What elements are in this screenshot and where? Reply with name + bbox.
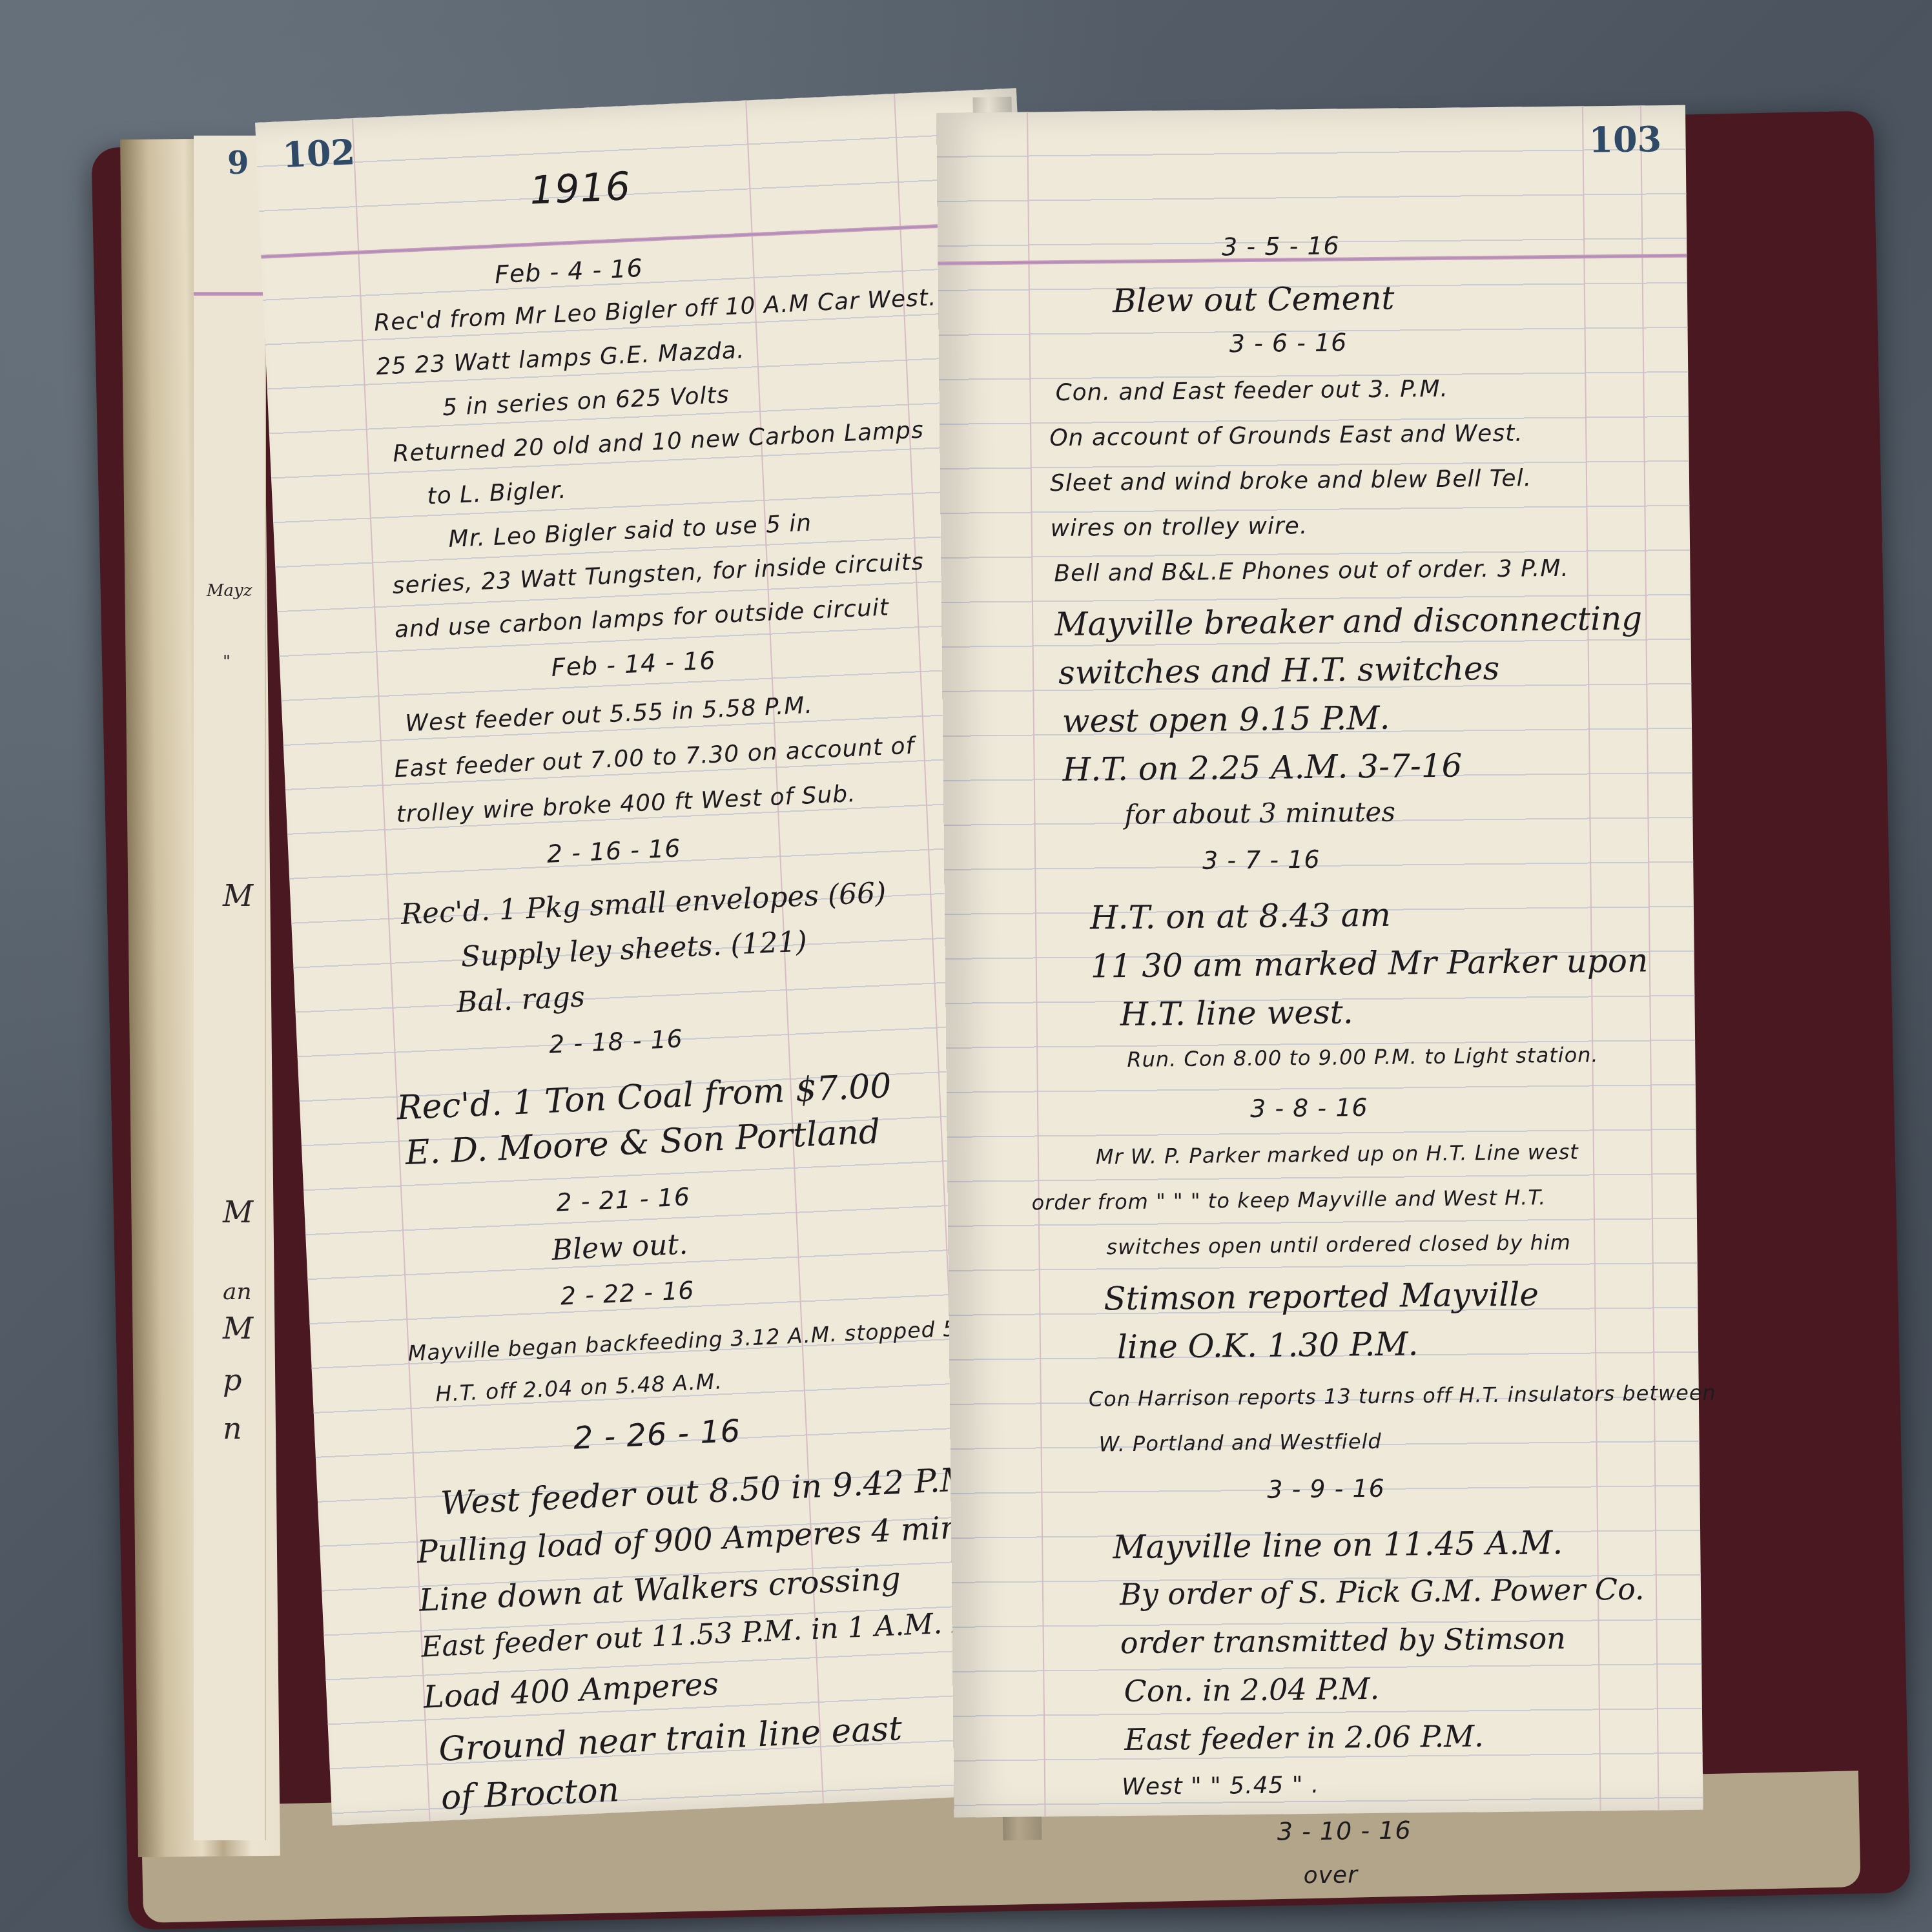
entry-line: 11 30 am marked Mr Parker upon [1091, 942, 1649, 985]
entry-date: 3 - 5 - 16 [1222, 231, 1340, 261]
entry-line: H.T. off 2.04 on 5.48 A.M. [435, 1368, 723, 1406]
stub-fragment: n [223, 1411, 242, 1446]
entry-line: W. Portland and Westfield [1098, 1429, 1382, 1457]
stub-fragment: " [223, 652, 231, 672]
entry-line: trolley wire broke 400 ft West of Sub. [396, 781, 856, 828]
entry-line: Supply ley sheets. (121) [460, 925, 808, 974]
entry-line: for about 3 minutes [1124, 796, 1395, 830]
entry-line: Con. and East feeder out 3. P.M. [1055, 376, 1448, 406]
entry-line: to L. Bigler. [427, 477, 568, 510]
entry-date: 2 - 22 - 16 [560, 1276, 695, 1310]
entry-line: Line down at Walkers crossing [418, 1561, 901, 1619]
stub-fragment: M [223, 878, 253, 913]
margin-line [1027, 112, 1046, 1817]
entry-line: Con Harrison reports 13 turns off H.T. i… [1089, 1380, 1716, 1411]
stub-page-number: 9 [227, 145, 249, 181]
entry-date: 3 - 10 - 16 [1277, 1816, 1412, 1845]
previous-page-stub: 9 Mayz " M M an M p n [194, 136, 266, 1840]
entry-line: line O.K. 1.30 P.M. [1117, 1325, 1419, 1366]
stub-fragment: M [223, 1311, 253, 1346]
stub-fragment: p [223, 1362, 241, 1397]
entry-line: Sleet and wind broke and blew Bell Tel. [1050, 465, 1532, 497]
entry-line: East feeder in 2.06 P.M. [1124, 1718, 1484, 1757]
entry-date: 3 - 9 - 16 [1267, 1474, 1385, 1504]
entry-date: Feb - 14 - 16 [551, 646, 717, 683]
entry-line: Con. in 2.04 P.M. [1124, 1671, 1379, 1709]
stub-fragment: an [223, 1279, 252, 1305]
entry-line: Blew out. [551, 1228, 689, 1267]
entry-date: 2 - 26 - 16 [573, 1413, 742, 1457]
entry-line: Rec'd from Mr Leo Bigler off 10 A.M Car … [373, 284, 937, 336]
right-page: 103 3 - 5 - 16 Blew out Cement 3 - 6 - 1… [936, 105, 1703, 1818]
entry-line: Stimson reported Mayville [1104, 1275, 1539, 1317]
entry-line: and use carbon lamps for outside circuit [394, 594, 890, 643]
entry-line: Mayville began backfeeding 3.12 A.M. sto… [407, 1314, 993, 1366]
entry-line: On account of Grounds East and West. [1049, 420, 1523, 452]
entry-line: west open 9.15 P.M. [1062, 699, 1390, 740]
stub-fragment: Mayz [207, 581, 252, 601]
entry-line: wires on trolley wire. [1051, 513, 1308, 542]
entry-line: series, 23 Watt Tungsten, for inside cir… [392, 549, 925, 599]
header-rule [261, 220, 1022, 259]
entry-line: Mr. Leo Bigler said to use 5 in [448, 510, 812, 553]
entry-line: order from " " " to keep Mayville and We… [1031, 1185, 1546, 1215]
entry-line: over [1303, 1862, 1358, 1889]
entry-line: Ground near train line east [438, 1709, 903, 1769]
entry-line: H.T. on 2.25 A.M. 3-7-16 [1062, 747, 1462, 788]
page-number: 102 [282, 131, 356, 176]
entry-date: 3 - 6 - 16 [1229, 328, 1348, 358]
entry-line: Rec'd. 1 Pkg small envelopes (66) [400, 876, 887, 931]
entry-line: switches open until ordered closed by hi… [1106, 1230, 1571, 1260]
entry-line: By order of S. Pick G.M. Power Co. [1120, 1572, 1645, 1612]
entry-line: Bal. rags [456, 980, 586, 1019]
entry-line: Mayville line on 11.45 A.M. [1113, 1524, 1563, 1566]
entry-line: H.T. line west. [1120, 993, 1353, 1033]
left-entries: Feb - 4 - 16 Rec'd from Mr Leo Bigler of… [262, 236, 1023, 271]
entry-line: switches and H.T. switches [1058, 650, 1500, 692]
entry-line: Bell and B&L.E Phones out of order. 3 P.… [1054, 555, 1569, 587]
entry-line: West " " 5.45 " . [1122, 1772, 1320, 1800]
entry-line: 25 23 Watt lamps G.E. Mazda. [375, 337, 745, 380]
page-number: 103 [1588, 118, 1661, 160]
entry-line: Mr W. P. Parker marked up on H.T. Line w… [1096, 1140, 1579, 1169]
entry-line: East feeder out 7.00 to 7.30 on account … [394, 733, 915, 783]
header-rule [194, 292, 265, 296]
entry-date: 3 - 8 - 16 [1250, 1093, 1368, 1123]
entry-line: Run. Con 8.00 to 9.00 P.M. to Light stat… [1127, 1042, 1599, 1072]
right-entries: 3 - 5 - 16 Blew out Cement 3 - 6 - 16 Co… [938, 228, 1687, 236]
entry-date: 3 - 7 - 16 [1202, 845, 1321, 875]
stub-fragment: M [223, 1195, 253, 1229]
entry-line: Blew out Cement [1113, 280, 1395, 320]
year-heading: 1916 [529, 164, 632, 214]
entry-line: Load 400 Amperes [423, 1666, 720, 1716]
entry-line: of Brocton [440, 1771, 621, 1817]
entry-line: H.T. on at 8.43 am [1090, 896, 1391, 937]
entry-date: Feb - 4 - 16 [494, 254, 643, 289]
entry-line: West feeder out 5.55 in 5.58 P.M. [405, 692, 814, 737]
entry-line: 5 in series on 625 Volts [442, 382, 730, 421]
entry-line: order transmitted by Stimson [1120, 1621, 1567, 1660]
entry-date: 2 - 16 - 16 [546, 834, 681, 868]
entry-date: 2 - 18 - 16 [548, 1024, 683, 1058]
entry-line: Returned 20 old and 10 new Carbon Lamps [393, 417, 925, 468]
entry-line: Mayville breaker and disconnecting [1054, 600, 1642, 644]
entry-date: 2 - 21 - 16 [555, 1182, 690, 1217]
